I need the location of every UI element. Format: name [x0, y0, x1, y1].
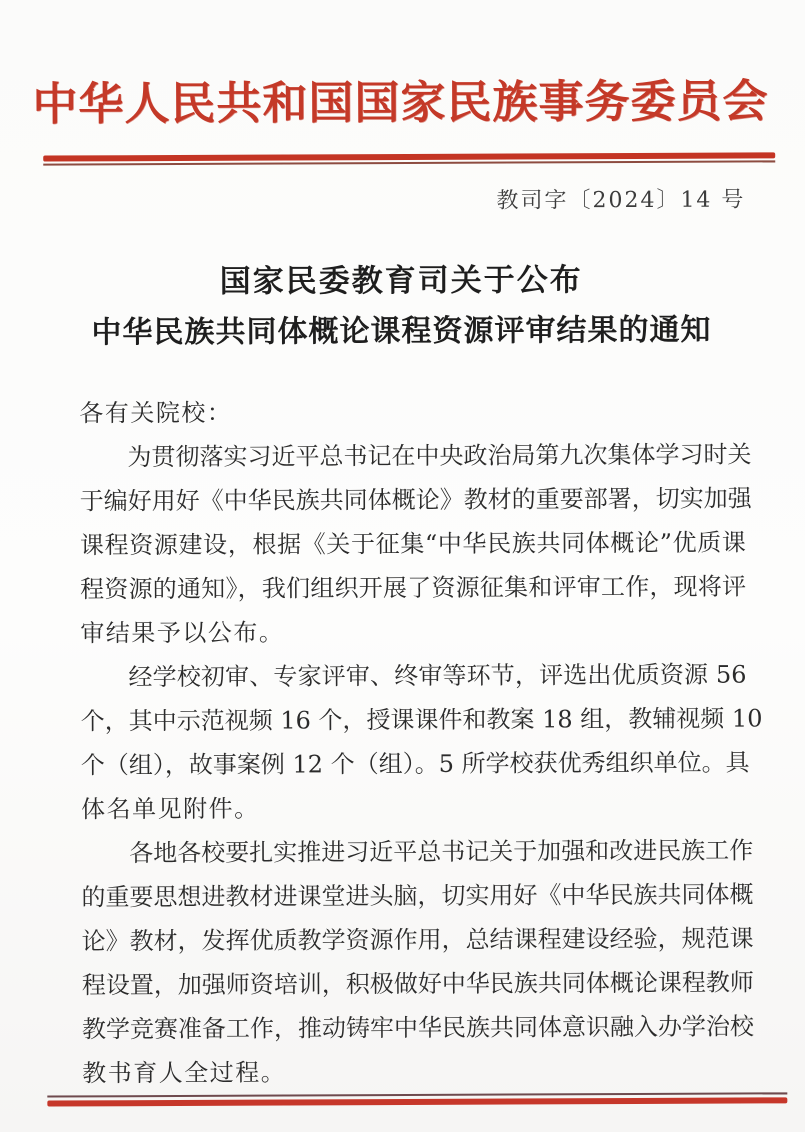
body-line: 教书育人全过程。: [82, 1048, 748, 1095]
document-title: 国家民委教育司关于公布 中华民族共同体概论课程资源评审结果的通知: [0, 254, 804, 360]
body-line: 个，其中示范视频 16 个，授课课件和教案 18 组，教辅视频 10: [81, 696, 747, 743]
scanned-sheet: 中华人民共和国国家民族事务委员会 教司字〔2024〕14 号 国家民委教育司关于…: [0, 0, 805, 1132]
body-line: 程设置，加强师资培训，积极做好中华民族共同体概论课程教师: [82, 960, 748, 1007]
document-title-line-1: 国家民委教育司关于公布: [0, 254, 804, 308]
document-body: 各有关院校： 为贯彻落实习近平总书记在中央政治局第九次集体学习时关 于编好用好《…: [79, 389, 748, 1096]
footer-divider: [47, 1092, 787, 1106]
body-line: 审结果予以公布。: [80, 609, 746, 656]
document-title-line-2: 中华民族共同体概论课程资源评审结果的通知: [0, 304, 804, 360]
body-line: 的重要思想进教材进课堂进头脑，切实用好《中华民族共同体概: [81, 872, 747, 919]
body-line: 课程资源建设，根据《关于征集“中华民族共同体概论”优质课: [80, 521, 746, 568]
letterhead-divider: [43, 152, 775, 165]
body-line: 为贯彻落实习近平总书记在中央政治局第九次集体学习时关: [79, 433, 745, 480]
body-line: 论》教材，发挥优质教学资源作用，总结课程建设经验，规范课: [82, 916, 748, 963]
letterhead-org-name: 中华人民共和国国家民族事务委员会: [0, 62, 803, 144]
body-line: 教学竞赛准备工作，推动铸牢中华民族共同体意识融入办学治校: [82, 1004, 748, 1051]
document-number: 教司字〔2024〕14 号: [496, 183, 745, 215]
document-page: 中华人民共和国国家民族事务委员会 教司字〔2024〕14 号 国家民委教育司关于…: [0, 0, 805, 1132]
salutation: 各有关院校：: [79, 389, 745, 436]
body-line: 个（组），故事案例 12 个（组）。5 所学校获优秀组织单位。具: [81, 740, 747, 787]
body-line: 各地各校要扎实推进习近平总书记关于加强和改进民族工作: [81, 828, 747, 875]
body-line: 体名单见附件。: [81, 784, 747, 831]
body-line: 经学校初审、专家评审、终审等环节，评选出优质资源 56: [80, 653, 746, 700]
body-line: 程资源的通知》，我们组织开展了资源征集和评审工作，现将评: [80, 565, 746, 612]
body-line: 于编好用好《中华民族共同体概论》教材的重要部署，切实加强: [80, 477, 746, 524]
